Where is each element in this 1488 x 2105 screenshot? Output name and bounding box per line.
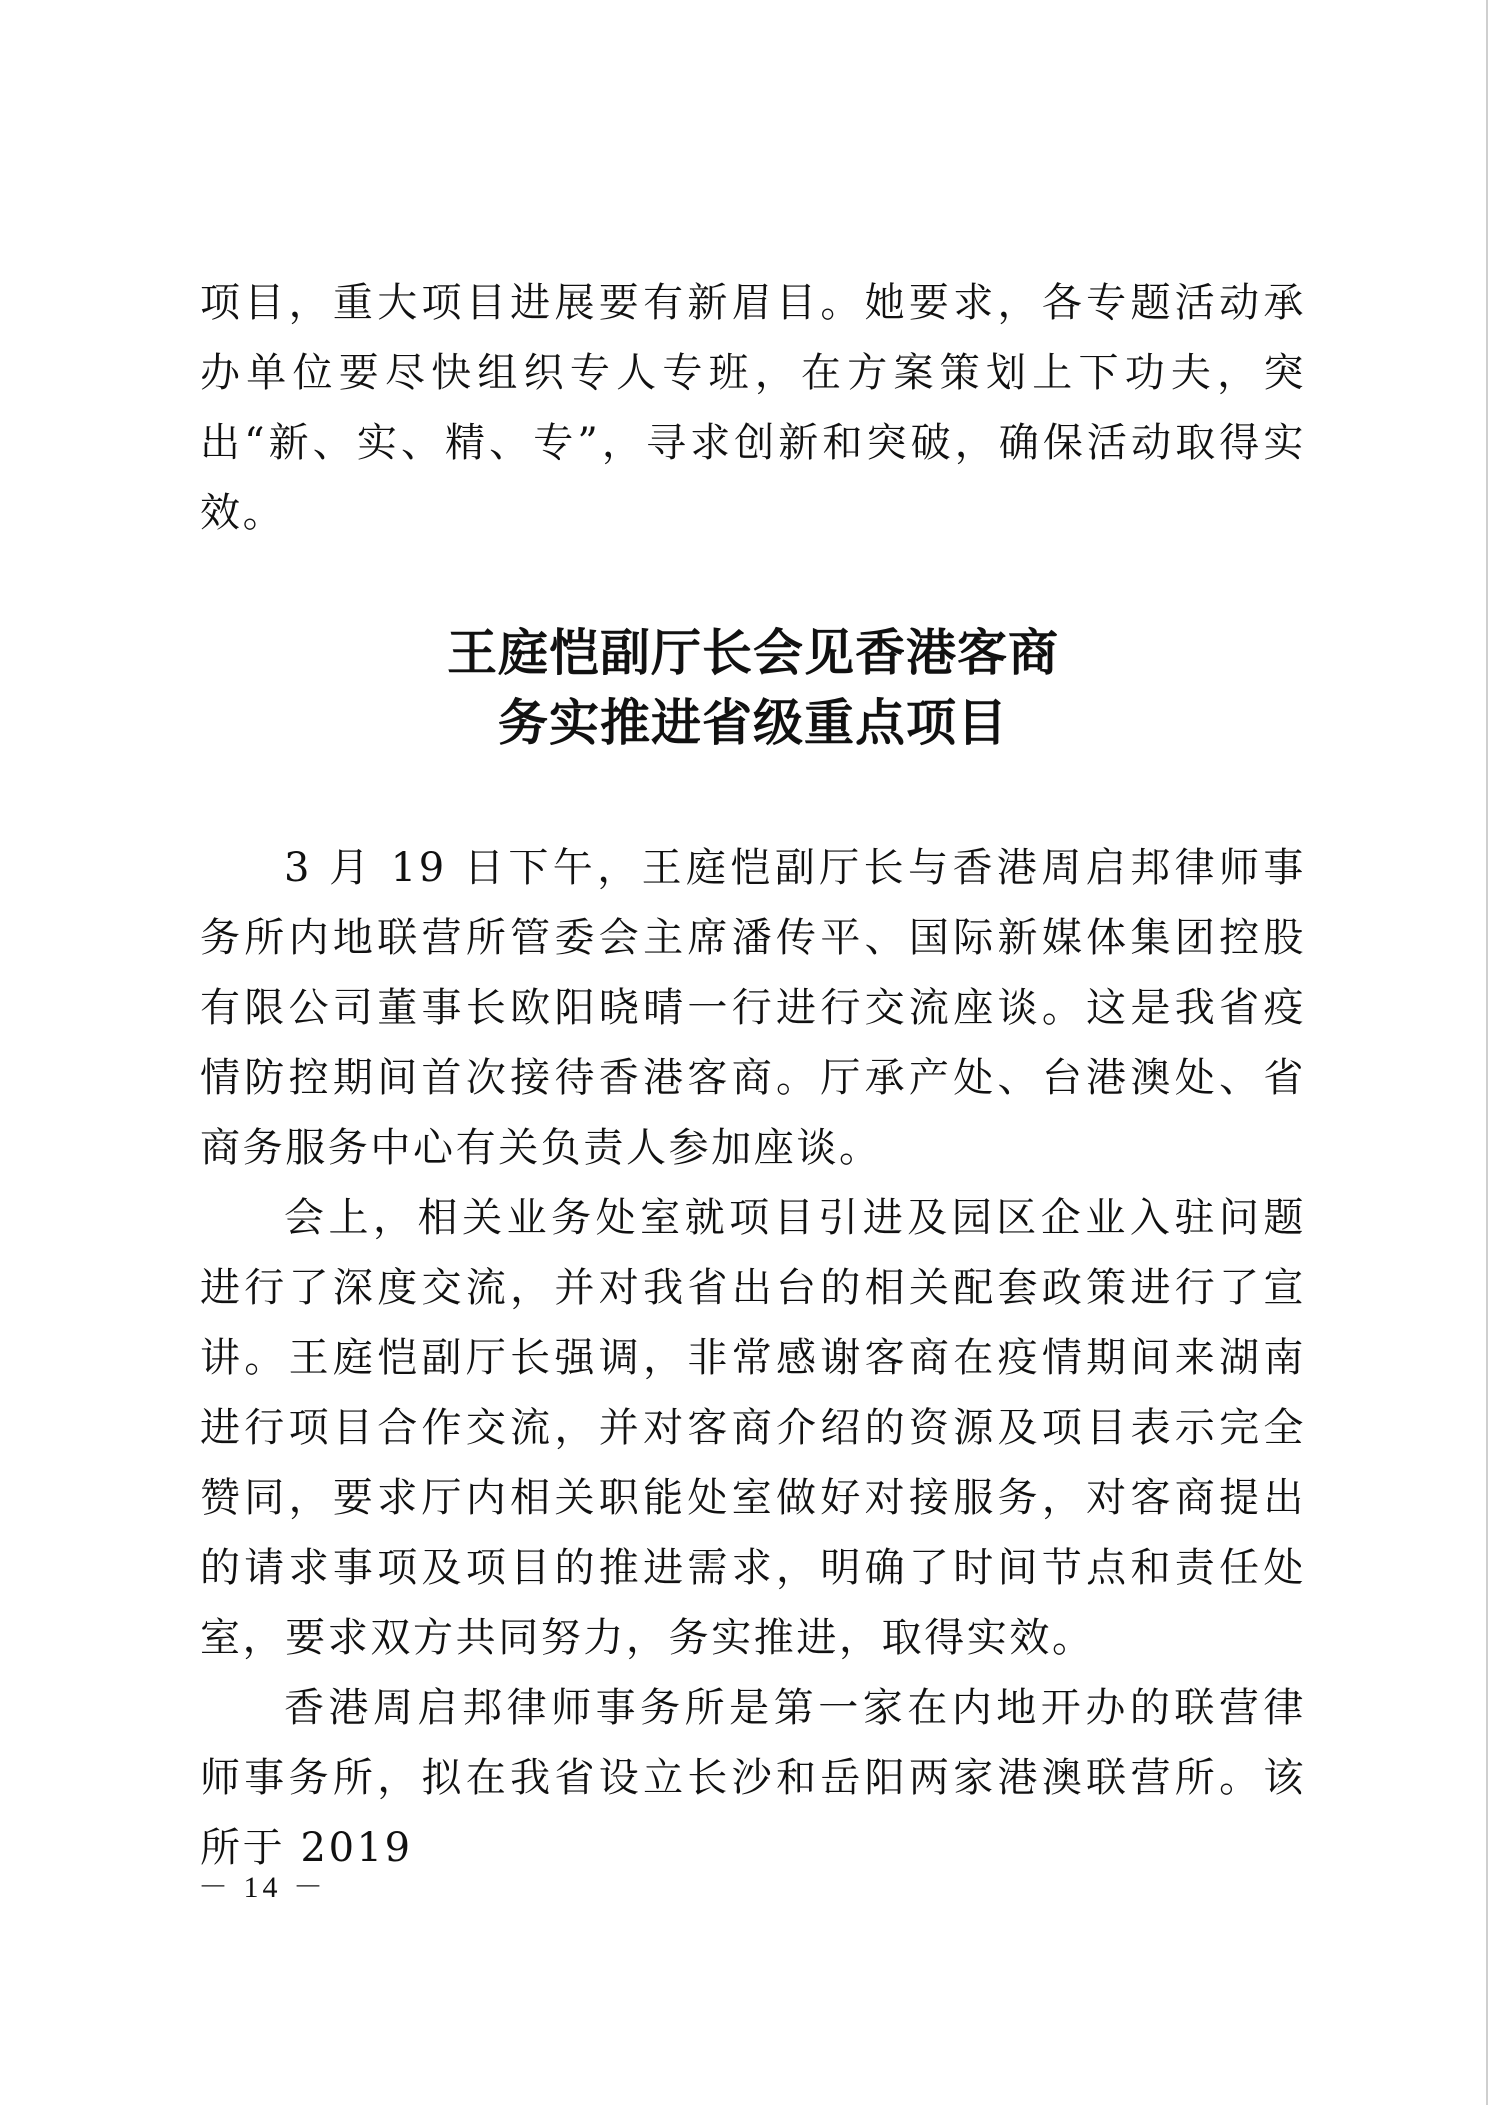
continuation-text: 项目，重大项目进展要有新眉目。她要求，各专题活动承办单位要尽快组织专人专班，在方…: [200, 268, 1306, 548]
paragraph-3: 香港周启邦律师事务所是第一家在内地开办的联营律师事务所，拟在我省设立长沙和岳阳两…: [200, 1673, 1306, 1883]
title-line-1: 王庭恺副厅长会见香港客商: [200, 618, 1306, 688]
paragraph-2: 会上，相关业务处室就项目引进及园区企业入驻问题进行了深度交流，并对我省出台的相关…: [200, 1183, 1306, 1673]
paragraph-1: 3 月 19 日下午，王庭恺副厅长与香港周启邦律师事务所内地联营所管委会主席潘传…: [200, 833, 1306, 1183]
article-title: 王庭恺副厅长会见香港客商 务实推进省级重点项目: [200, 618, 1306, 758]
continuation-paragraph: 项目，重大项目进展要有新眉目。她要求，各专题活动承办单位要尽快组织专人专班，在方…: [200, 268, 1306, 548]
page-number: － 14 －: [198, 1862, 327, 1906]
article-body: 3 月 19 日下午，王庭恺副厅长与香港周启邦律师事务所内地联营所管委会主席潘传…: [200, 833, 1306, 1883]
title-line-2: 务实推进省级重点项目: [200, 688, 1306, 758]
